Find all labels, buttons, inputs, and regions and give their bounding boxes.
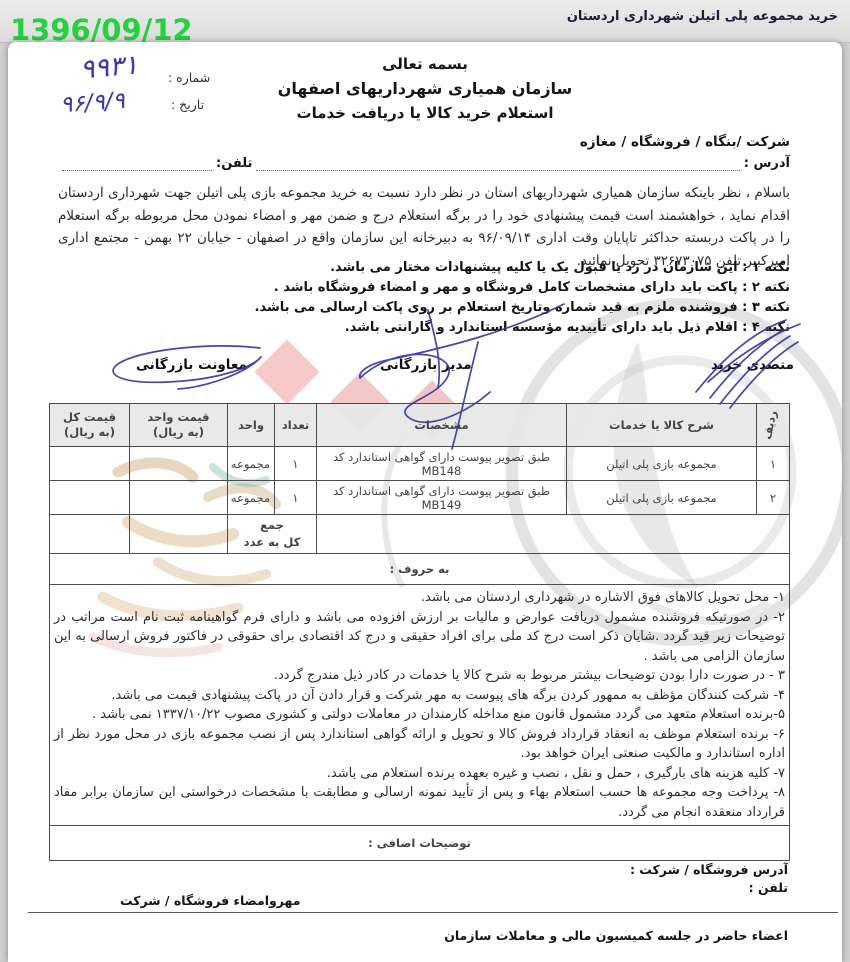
term-4: ۴- شرکت کنندگان مؤظف به ممهور کردن برگه …	[54, 686, 785, 706]
column-quantity: تعداد	[275, 404, 317, 447]
term-1: ۱- محل تحویل کالاهای فوق الاشاره در شهرد…	[54, 588, 785, 608]
notes-block: نکته ۱ : این سازمان در رد یا قبول یک یا …	[58, 258, 790, 338]
table-row: ۲ مجموعه بازی پلی اتیلن طبق تصویر پیوست …	[50, 481, 790, 515]
sum-total-cell	[50, 515, 130, 554]
item-description: مجموعه بازی پلی اتیلن	[567, 481, 757, 515]
term-7: ۷- کلیه هزینه های بارگیری ، حمل و نقل ، …	[54, 764, 785, 784]
terms-row: ۱- محل تحویل کالاهای فوق الاشاره در شهرد…	[50, 585, 790, 826]
items-table: ردیف شرح کالا یا خدمات مشخصات تعداد واحد…	[49, 403, 790, 861]
row-number: ۱	[757, 447, 790, 481]
date-label: تاریخ :	[171, 97, 204, 112]
term-6: ۶- برنده استعلام موظف به انعقاد قرارداد …	[54, 725, 785, 764]
handwritten-number: ۹۹۳۱	[79, 50, 139, 86]
top-bar: خرید مجموعه پلی اتیلن شهرداری اردستان 13…	[0, 0, 850, 43]
sum-unit-price-cell	[130, 515, 228, 554]
address-label: آدرس :	[744, 156, 790, 171]
items-table-wrapper: ردیف شرح کالا یا خدمات مشخصات تعداد واحد…	[49, 403, 790, 861]
number-label: شماره :	[168, 70, 210, 85]
note-4: نکته ۴ : اقلام ذیل باید دارای تأییدیه مؤ…	[58, 318, 790, 338]
extra-notes-box: توضیحات اضافی :	[50, 826, 790, 861]
row-number: ۲	[757, 481, 790, 515]
item-unit: مجموعه	[228, 447, 275, 481]
item-specs: طبق تصویر پیوست دارای گواهی استاندارد کد…	[317, 447, 567, 481]
footer-divider-line	[28, 912, 838, 913]
terms-box: ۱- محل تحویل کالاهای فوق الاشاره در شهرد…	[50, 585, 790, 826]
term-2: ۲- در صورتیکه فروشنده مشمول دریافت عوارض…	[54, 608, 785, 667]
vendor-type-line: شرکت /بنگاه / فروشگاه / مغازه	[580, 134, 790, 150]
note-1: نکته ۱ : این سازمان در رد یا قبول یک یا …	[58, 258, 790, 278]
item-total-price	[50, 447, 130, 481]
term-3: ۳ - در صورت دارا بودن توضیحات بیشتر مربو…	[54, 666, 785, 686]
term-8: ۸- پرداخت وجه مجموعه ها حسب استعلام بهاء…	[54, 783, 785, 822]
sum-row: جمع کل به عدد	[50, 515, 790, 554]
item-unit-price	[130, 447, 228, 481]
in-words-label: به حروف :	[50, 554, 790, 585]
column-specs: مشخصات	[317, 404, 567, 447]
table-header-row: ردیف شرح کالا یا خدمات مشخصات تعداد واحد…	[50, 404, 790, 447]
term-5: ۵-برنده استعلام متعهد می گردد مشمول قانو…	[54, 705, 785, 725]
stamp-signature-label: مهروامضاء فروشگاه / شرکت	[120, 893, 301, 908]
note-2: نکته ۲ : پاکت باید دارای مشخصات کامل فرو…	[58, 278, 790, 298]
item-total-price	[50, 481, 130, 515]
sum-label: جمع کل به عدد	[228, 515, 317, 554]
document-title: خرید مجموعه پلی اتیلن شهرداری اردستان	[567, 9, 838, 24]
item-unit-price	[130, 481, 228, 515]
address-fill-line	[256, 158, 739, 171]
item-quantity: ۱	[275, 447, 317, 481]
item-specs: طبق تصویر پیوست دارای گواهی استاندارد کد…	[317, 481, 567, 515]
extra-notes-row: توضیحات اضافی :	[50, 826, 790, 861]
form-title: استعلام خرید کالا یا دریافت خدمات	[8, 104, 842, 122]
item-description: مجموعه بازی پلی اتیلن	[567, 447, 757, 481]
commercial-deputy-title: معاونت بازرگانی	[136, 357, 247, 373]
note-3: نکته ۳ : فروشنده ملزم به قید شماره وتاری…	[58, 298, 790, 318]
commercial-manager-title: مدیر بازرگانی	[380, 357, 472, 373]
commission-members-label: اعضاء حاضر در جلسه کمیسیون مالی و معاملا…	[444, 928, 788, 943]
organization-name: سازمان همیاری شهرداریهای اصفهان	[8, 79, 842, 98]
table-row: ۱ مجموعه بازی پلی اتیلن طبق تصویر پیوست …	[50, 447, 790, 481]
phone-label: تلفن:	[216, 156, 252, 171]
column-row-number: ردیف	[757, 404, 790, 447]
form-content: بسمه تعالی سازمان همیاری شهرداریهای اصفه…	[8, 42, 842, 962]
signature-titles-row: متصدی خرید مدیر بازرگانی معاونت بازرگانی	[8, 357, 842, 377]
column-total-price: قیمت کل (به ریال)	[50, 404, 130, 447]
purchase-officer-title: متصدی خرید	[711, 357, 794, 373]
vendor-address-label: آدرس فروشگاه / شرکت :	[630, 862, 788, 877]
item-unit: مجموعه	[228, 481, 275, 515]
column-unit: واحد	[228, 404, 275, 447]
column-description: شرح کالا یا خدمات	[567, 404, 757, 447]
screenshot-stage: خرید مجموعه پلی اتیلن شهرداری اردستان 13…	[0, 0, 850, 962]
in-words-row: به حروف :	[50, 554, 790, 585]
handwritten-date: ۹۶/۹/۹	[59, 88, 126, 118]
vendor-phone-label: تلفن :	[749, 880, 788, 895]
sum-empty-right	[317, 515, 790, 554]
phone-fill-line	[62, 158, 212, 171]
scanned-page: بسمه تعالی سازمان همیاری شهرداریهای اصفه…	[8, 42, 842, 962]
item-quantity: ۱	[275, 481, 317, 515]
column-unit-price: قیمت واحد (به ریال)	[130, 404, 228, 447]
address-phone-line: آدرس : تلفن:	[58, 156, 790, 171]
